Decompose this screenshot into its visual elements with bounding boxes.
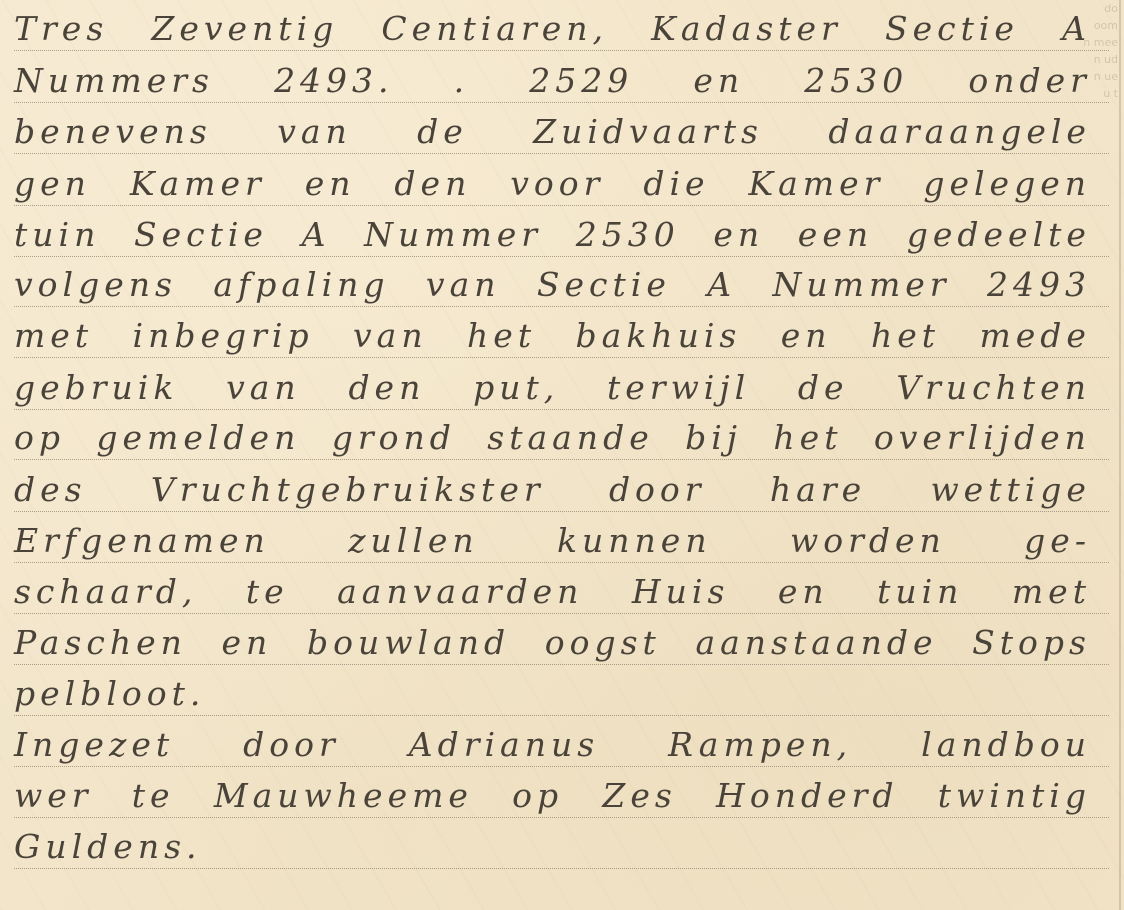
handwritten-word: en: [781, 316, 832, 357]
handwritten-word: Kamer: [748, 164, 884, 205]
ruled-baseline: [14, 664, 1109, 665]
ruled-baseline: [14, 715, 1109, 716]
handwritten-word: en: [222, 623, 273, 664]
handwritten-word: gebruik: [14, 368, 178, 409]
handwritten-word: Paschen: [14, 623, 187, 664]
handwritten-line: metinbegripvanhetbakhuisenhetmede: [14, 307, 1109, 357]
handwritten-word: overlijden: [874, 418, 1091, 459]
handwritten-word: van: [277, 112, 352, 153]
handwritten-word: Zuidvaarts: [533, 112, 763, 153]
ruled-baseline: [14, 766, 1109, 767]
handwritten-line: desVruchtgebruiksterdoorharewettige: [14, 461, 1109, 511]
handwritten-line: genKamerendenvoordieKamergelegen: [14, 155, 1109, 205]
handwritten-word: Sectie: [134, 215, 268, 256]
handwritten-word: Ingezet: [14, 725, 174, 766]
ruled-baseline: [14, 817, 1109, 818]
ruled-baseline: [14, 205, 1109, 206]
handwritten-word: mede: [979, 316, 1090, 357]
handwritten-word: aanstaande: [695, 623, 937, 664]
handwritten-word: gedeelte: [907, 215, 1091, 256]
handwritten-word: put,: [473, 368, 559, 409]
ruled-baseline: [14, 868, 1109, 869]
handwritten-word: Rampen,: [668, 725, 852, 766]
handwritten-word: wer: [14, 776, 93, 817]
handwritten-word: landbou: [921, 725, 1091, 766]
handwritten-word: bij: [685, 418, 742, 459]
handwritten-line: TresZeventigCentiaren,KadasterSectieA: [14, 0, 1109, 50]
handwritten-word: A: [707, 265, 736, 306]
handwritten-word: Nummer: [364, 215, 542, 256]
handwritten-word: benevens: [14, 112, 212, 153]
handwritten-word: 2493.: [274, 61, 393, 102]
handwritten-word: .: [454, 61, 470, 102]
handwritten-word: Guldens.: [14, 827, 202, 868]
handwritten-word: Vruchten: [896, 368, 1091, 409]
handwritten-word: die: [643, 164, 709, 205]
handwritten-word: kunnen: [557, 521, 712, 562]
handwritten-word: Zeventig: [151, 9, 338, 50]
handwritten-word: grond: [332, 418, 456, 459]
handwritten-word: met: [1012, 572, 1091, 613]
handwritten-word: worden: [790, 521, 946, 562]
ruled-baseline: [14, 511, 1109, 512]
right-margin-rule: [1119, 0, 1121, 910]
handwritten-line: opgemeldengrondstaandebijhetoverlijden: [14, 409, 1109, 459]
handwritten-word: voor: [510, 164, 604, 205]
handwritten-word: op: [14, 418, 65, 459]
handwritten-word: twintig: [938, 776, 1091, 817]
handwritten-word: Centiaren,: [381, 9, 608, 50]
handwritten-line: tuinSectieANummer2530eneengedeelte: [14, 206, 1109, 256]
document-page: do oom n mee n ud n ue u t TresZeventigC…: [0, 0, 1124, 910]
ruled-baseline: [14, 613, 1109, 614]
handwritten-word: zullen: [348, 521, 479, 562]
handwritten-word: tuin: [14, 215, 100, 256]
handwritten-word: volgens: [14, 265, 177, 306]
handwritten-line: IngezetdoorAdrianusRampen,landbou: [14, 716, 1109, 766]
handwritten-word: bakhuis: [576, 316, 742, 357]
handwritten-word: Adrianus: [409, 725, 599, 766]
ruled-baseline: [14, 357, 1109, 358]
handwritten-word: Huis: [632, 572, 730, 613]
handwritten-word: van: [226, 368, 301, 409]
handwritten-word: en: [693, 61, 744, 102]
handwritten-word: en: [713, 215, 764, 256]
handwritten-line: Nummers2493..2529en2530onder: [14, 52, 1109, 102]
handwritten-word: het: [467, 316, 536, 357]
handwritten-line: PaschenenbouwlandoogstaanstaandeStops: [14, 614, 1109, 664]
handwritten-word: afpaling: [213, 265, 389, 306]
handwritten-word: een: [798, 215, 873, 256]
ruled-baseline: [14, 409, 1109, 410]
handwritten-word: en: [305, 164, 356, 205]
handwritten-word: Erfgenamen: [14, 521, 270, 562]
handwritten-word: den: [348, 368, 425, 409]
handwritten-word: onder: [968, 61, 1091, 102]
ruled-baseline: [14, 562, 1109, 563]
ruled-baseline: [14, 50, 1109, 51]
handwritten-word: en: [778, 572, 829, 613]
handwritten-word: Tres: [14, 9, 108, 50]
handwritten-word: staande: [487, 418, 653, 459]
handwritten-line: gebruikvandenput,terwijldeVruchten: [14, 359, 1109, 409]
handwritten-word: gen: [14, 164, 91, 205]
handwritten-word: A: [1062, 9, 1091, 50]
handwritten-word: daaraangele: [828, 112, 1091, 153]
handwritten-word: 2530: [576, 215, 680, 256]
handwritten-word: het: [871, 316, 940, 357]
handwritten-word: gemelden: [96, 418, 300, 459]
handwritten-word: oogst: [545, 623, 661, 664]
handwritten-word: tuin: [877, 572, 963, 613]
handwritten-line: Erfgenamenzullenkunnenwordenge-: [14, 512, 1109, 562]
ruled-baseline: [14, 153, 1109, 154]
handwritten-word: door: [243, 725, 340, 766]
handwritten-word: 2530: [804, 61, 908, 102]
ruled-baseline: [14, 459, 1109, 460]
handwritten-word: het: [773, 418, 842, 459]
handwritten-word: te: [132, 776, 175, 817]
handwritten-word: bouwland: [307, 623, 510, 664]
handwritten-word: de: [798, 368, 849, 409]
handwritten-line: Guldens.: [14, 818, 1109, 868]
handwritten-word: A: [302, 215, 331, 256]
handwritten-word: Kadaster: [651, 9, 842, 50]
handwritten-word: des: [14, 470, 87, 511]
handwritten-word: gelegen: [923, 164, 1091, 205]
handwritten-word: Stops: [972, 623, 1091, 664]
handwritten-word: terwijl: [607, 368, 750, 409]
handwritten-word: pelbloot.: [14, 674, 205, 715]
handwritten-word: schaard,: [14, 572, 197, 613]
handwritten-word: Sectie: [537, 265, 671, 306]
ruled-baseline: [14, 102, 1109, 103]
handwritten-word: 2493: [987, 265, 1091, 306]
handwritten-word: wettige: [930, 470, 1091, 511]
handwritten-line: benevensvandeZuidvaartsdaaraangele: [14, 103, 1109, 153]
ruled-baseline: [14, 256, 1109, 257]
handwritten-word: Honderd: [716, 776, 898, 817]
handwritten-word: Vruchtgebruikster: [151, 470, 545, 511]
handwritten-word: den: [394, 164, 471, 205]
handwritten-word: Sectie: [885, 9, 1019, 50]
handwritten-word: hare: [770, 470, 866, 511]
handwritten-line: volgensafpalingvanSectieANummer2493: [14, 256, 1109, 306]
handwritten-word: aanvaarden: [337, 572, 583, 613]
handwritten-word: 2529: [529, 61, 633, 102]
handwritten-line: pelbloot.: [14, 665, 1109, 715]
handwritten-word: Mauwheeme: [214, 776, 473, 817]
handwritten-word: Zes: [602, 776, 676, 817]
handwritten-word: te: [246, 572, 289, 613]
handwritten-word: op: [512, 776, 563, 817]
handwritten-word: Nummer: [773, 265, 951, 306]
handwritten-line: werteMauwheemeopZesHonderdtwintig: [14, 767, 1109, 817]
ruled-baseline: [14, 306, 1109, 307]
handwritten-line: schaard,teaanvaardenHuisentuinmet: [14, 563, 1109, 613]
handwritten-word: met: [14, 316, 93, 357]
handwritten-word: van: [426, 265, 501, 306]
handwritten-word: de: [417, 112, 468, 153]
handwritten-word: ge-: [1024, 521, 1091, 562]
handwritten-word: inbegrip: [133, 316, 314, 357]
handwritten-word: Nummers: [14, 61, 214, 102]
handwritten-word: door: [609, 470, 706, 511]
handwritten-word: van: [353, 316, 428, 357]
handwritten-word: Kamer: [130, 164, 266, 205]
